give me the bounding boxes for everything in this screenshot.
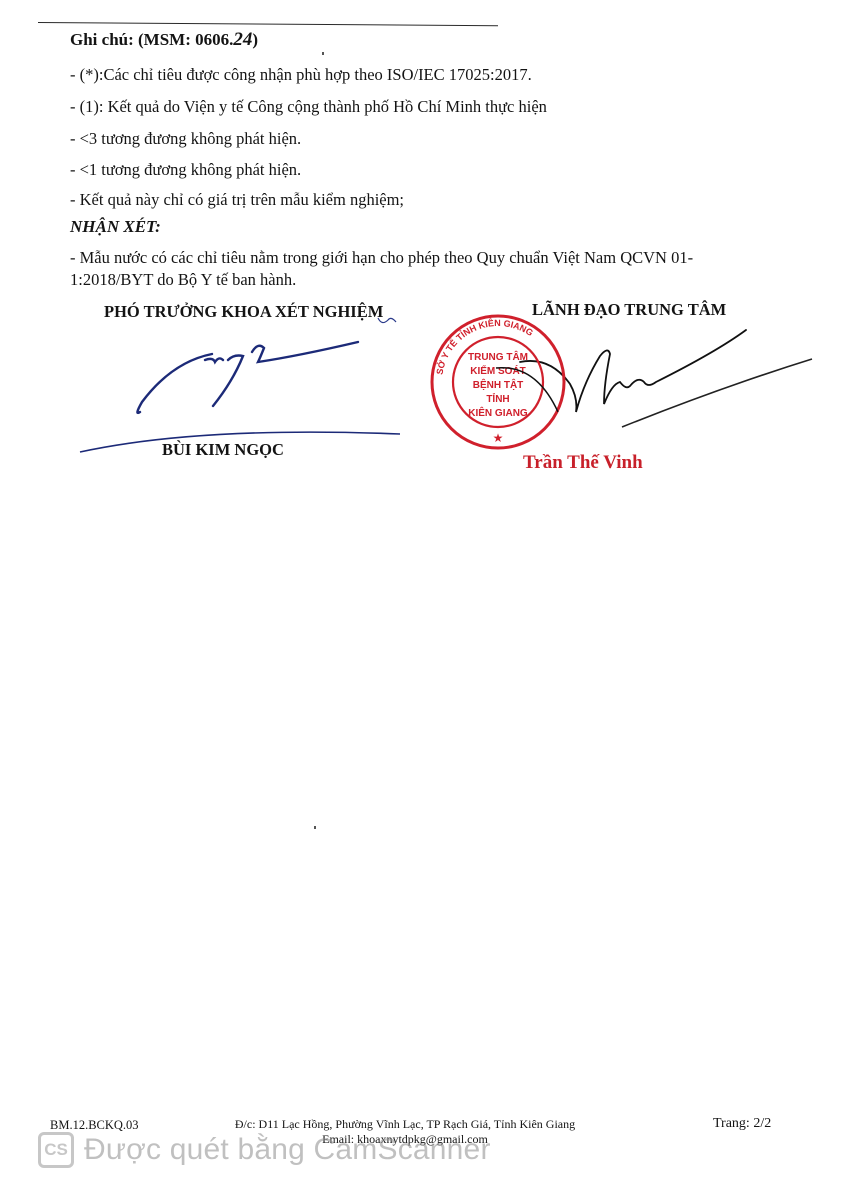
notes-title: Ghi chú: (MSM: 0606.24) [70,29,258,51]
left-signer-title: PHÓ TRƯỞNG KHOA XÉT NGHIỆM [104,302,383,322]
official-stamp: SỞ Y TẾ TỈNH KIÊN GIANG TRUNG TÂM KIỂM S… [428,312,568,452]
note-validity: - Kết quả này chỉ có giá trị trên mẫu ki… [70,190,404,210]
right-signer-name: Trần Thế Vinh [523,452,643,474]
remark-text: - Mẫu nước có các chỉ tiêu nằm trong giớ… [70,247,770,291]
scan-speck [322,52,324,55]
svg-text:TRUNG TÂM: TRUNG TÂM [468,350,528,363]
page-number: Trang: 2/2 [713,1116,771,1132]
camscanner-logo-icon: CS [38,1132,74,1168]
watermark-text: Được quét bằng CamScanner [84,1133,491,1167]
remark-title: NHẬN XÉT: [70,217,161,237]
camscanner-watermark: CS Được quét bằng CamScanner [38,1128,491,1172]
star-icon: ★ [493,431,504,445]
note-institute: - (1): Kết quả do Viện y tế Công cộng th… [70,97,547,117]
svg-text:TỈNH: TỈNH [486,392,509,405]
scan-speck [314,826,316,829]
left-signer-name: BÙI KIM NGỌC [162,440,284,460]
svg-text:KIÊN GIANG: KIÊN GIANG [468,406,528,419]
svg-text:BỆNH TẬT: BỆNH TẬT [473,378,524,391]
note-iso: - (*):Các chỉ tiêu được công nhận phù hợ… [70,65,532,85]
note-lt3: - <3 tương đương không phát hiện. [70,129,301,149]
note-lt1: - <1 tương đương không phát hiện. [70,160,301,180]
header-rule [38,22,498,26]
